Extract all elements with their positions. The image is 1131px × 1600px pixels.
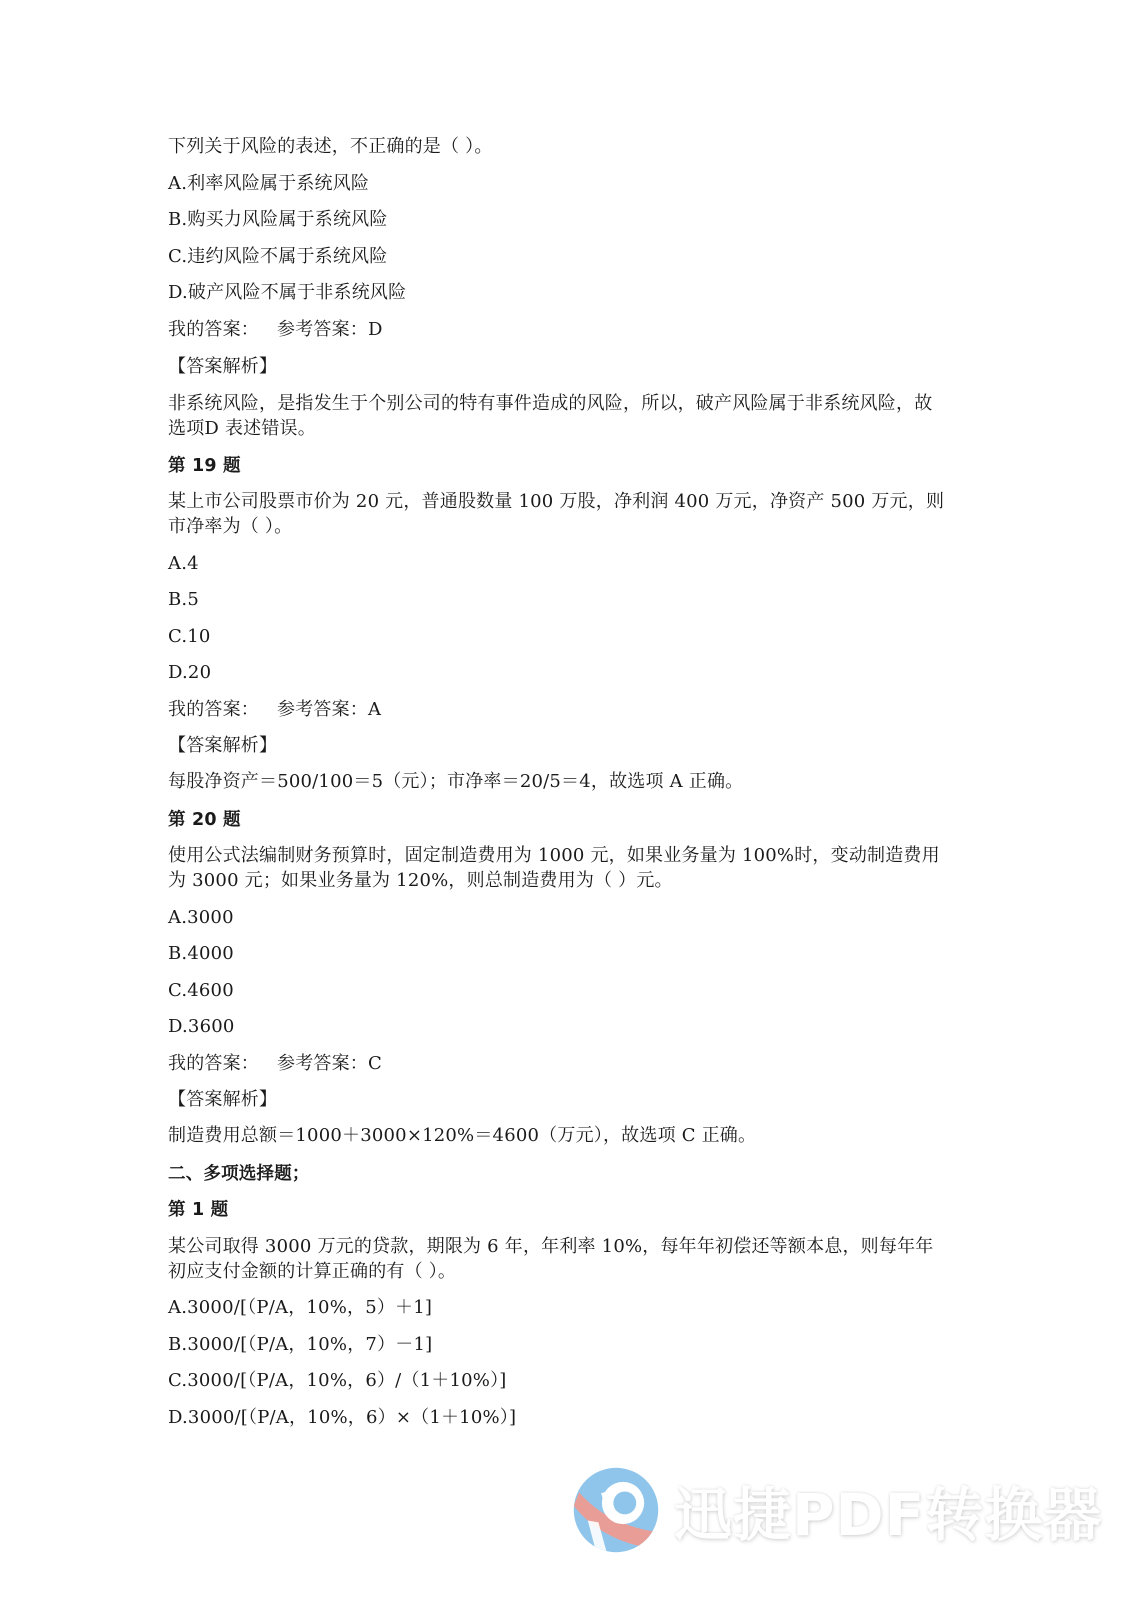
app-logo-icon [572,1466,660,1554]
answer-line: 我的答案：参考答案：C [168,1052,382,1076]
my-answer-label: 我的答案： [168,1053,259,1074]
answer-line: 我的答案：参考答案：D [168,318,383,342]
question-stem: 某公司取得 3000 万元的贷款，期限为 6 年，年利率 10%，每年年初偿还等… [168,1234,948,1284]
section-heading: 二、多项选择题； [168,1162,310,1186]
option-d: D.20 [168,661,211,685]
option-c: C.3000/[（P/A，10%，6）/（1＋10%）] [168,1369,507,1393]
option-b: B.4000 [168,942,234,966]
option-a: A.3000 [168,906,234,930]
option-b: B.3000/[（P/A，10%，7）－1] [168,1333,432,1357]
answer-line: 我的答案：参考答案：A [168,698,381,722]
analysis-text: 非系统风险，是指发生于个别公司的特有事件造成的风险，所以，破产风险属于非系统风险… [168,391,948,441]
question-stem: 某上市公司股票市价为 20 元，普通股数量 100 万股，净利润 400 万元，… [168,489,948,539]
option-d: D.3000/[（P/A，10%，6）×（1＋10%）] [168,1406,516,1430]
watermark-text: 迅捷PDF转换器 [674,1468,1102,1552]
analysis-label: 【答案解析】 [168,1088,277,1112]
analysis-text: 制造费用总额＝1000＋3000×120%＝4600（万元），故选项 C 正确。 [168,1124,756,1148]
watermark: 迅捷PDF转换器 [572,1455,1092,1565]
option-b: B.购买力风险属于系统风险 [168,208,388,232]
my-answer-label: 我的答案： [168,699,259,720]
question-title: 第 19 题 [168,454,241,478]
option-c: C.10 [168,625,211,649]
option-c: C.4600 [168,979,234,1003]
analysis-label: 【答案解析】 [168,355,277,379]
analysis-text: 每股净资产＝500/100＝5（元）；市净率＝20/5＝4，故选项 A 正确。 [168,770,743,794]
reference-answer: 参考答案：A [277,699,381,720]
option-a: A.利率风险属于系统风险 [168,172,369,196]
question-title: 第 20 题 [168,808,241,832]
option-a: A.3000/[（P/A，10%，5）＋1] [168,1296,432,1320]
option-b: B.5 [168,588,199,612]
my-answer-label: 我的答案： [168,319,259,340]
question-stem: 使用公式法编制财务预算时，固定制造费用为 1000 元，如果业务量为 100%时… [168,843,948,893]
option-c: C.违约风险不属于系统风险 [168,245,387,269]
option-a: A.4 [168,552,199,576]
analysis-label: 【答案解析】 [168,734,277,758]
question-title: 第 1 题 [168,1198,228,1222]
reference-answer: 参考答案：C [277,1053,382,1074]
option-d: D.3600 [168,1015,235,1039]
option-d: D.破产风险不属于非系统风险 [168,281,406,305]
reference-answer: 参考答案：D [277,319,383,340]
question-stem: 下列关于风险的表述，不正确的是（ ）。 [168,135,493,159]
